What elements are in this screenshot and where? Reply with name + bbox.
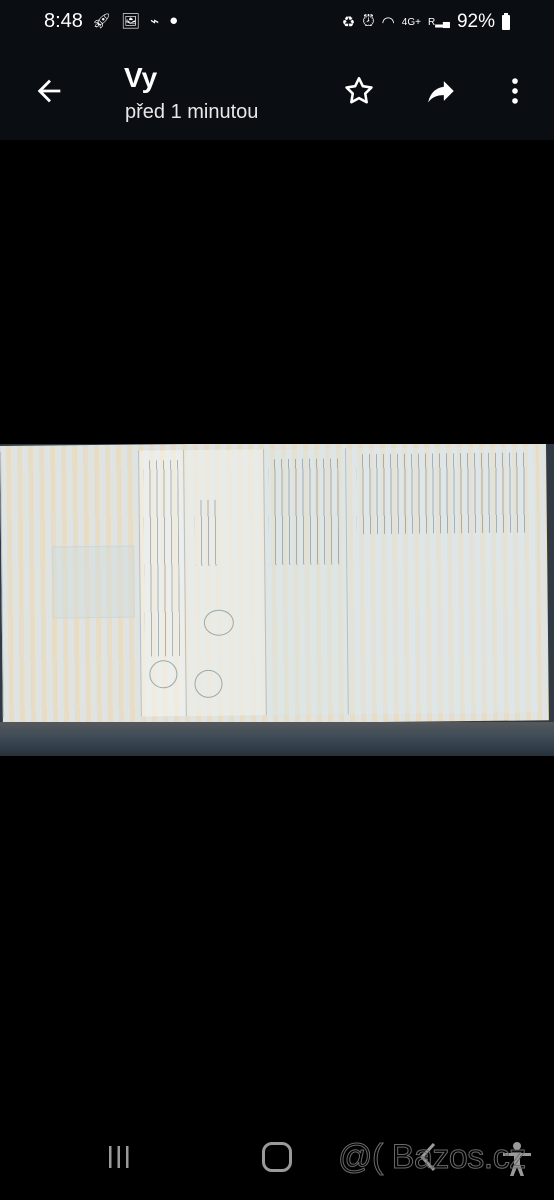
document-photo[interactable]	[0, 444, 554, 756]
wifi-icon: ◠	[382, 13, 395, 31]
alarm-icon: ⏰︎	[362, 13, 374, 31]
recents-icon[interactable]	[104, 1142, 134, 1172]
home-icon[interactable]	[262, 1142, 292, 1172]
approval-panel	[183, 449, 267, 716]
battery-icon	[502, 15, 510, 30]
status-bar: 8:48 🚀︎ 🖼︎ ⌁ ● ♻ ⏰︎ ◠ 4G+ R▂▄ 92%	[0, 0, 554, 46]
star-icon[interactable]	[342, 74, 376, 108]
system-icons: ♻ ⏰︎ ◠ 4G+ R▂▄ 92%	[342, 11, 510, 33]
vehicle-certificate	[0, 444, 549, 726]
image-icon: 🖼︎	[121, 12, 140, 30]
watermark: @( Bazos.cz	[338, 1138, 526, 1177]
dot-icon: ●	[169, 12, 178, 30]
form-margin-panel	[0, 451, 136, 718]
notification-icons: 🚀︎ 🖼︎ ⌁ ●	[92, 12, 178, 30]
sender-title: Vy	[124, 62, 157, 94]
rocket-icon: 🚀︎	[92, 12, 111, 30]
clock: 8:48	[44, 10, 83, 33]
app-bar: Vy před 1 minutou	[0, 46, 554, 140]
battery-saver-icon: ♻	[342, 13, 355, 31]
timestamp: před 1 minutou	[125, 101, 258, 124]
table-surface	[0, 722, 554, 756]
vehicle-description-panel	[345, 446, 539, 714]
back-arrow-icon[interactable]	[32, 74, 66, 108]
broom-icon: ⌁	[150, 12, 159, 30]
additional-records-panel	[138, 450, 187, 716]
more-vert-icon[interactable]	[498, 74, 532, 108]
battery-percent: 92%	[457, 11, 495, 33]
network-4g-plus-icon: 4G+	[402, 18, 421, 27]
roaming-signal-icon: R▂▄	[428, 18, 450, 27]
technical-data-panel	[263, 448, 349, 715]
share-icon[interactable]	[424, 74, 458, 108]
